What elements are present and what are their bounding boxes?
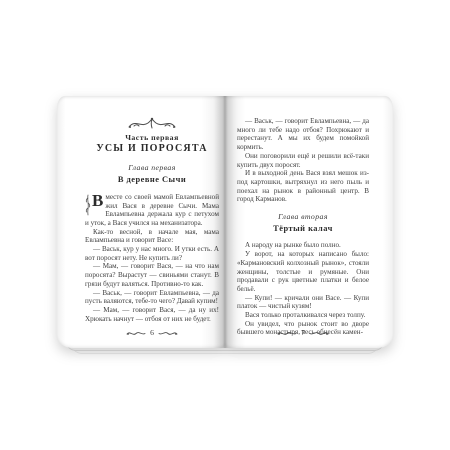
left-page-footer: 6	[57, 329, 225, 338]
right-page-footer: 7	[225, 329, 393, 338]
page-number: 6	[150, 329, 154, 338]
book-page-left: Часть первая УСЫ И ПОРОСЯТА Глава первая…	[57, 96, 225, 348]
dropcap-letter: В	[92, 193, 103, 208]
paragraph: У ворот, на которых написано было: «Карм…	[237, 250, 369, 294]
paragraph: — Васьк, — говорит Евлампьевна, — да пус…	[85, 289, 219, 306]
footer-flourish-left-icon	[277, 330, 297, 337]
paragraph: — Мам, — говорит Вася, — да ну их! Хрюка…	[85, 306, 219, 323]
dropcap-wrap: В	[85, 193, 103, 216]
chapter-two-title: Тёртый калач	[237, 225, 369, 234]
chapter-one-title: В деревне Сычи	[85, 176, 219, 185]
dropcap-ornament-icon	[85, 194, 91, 216]
part-label: Часть первая	[85, 134, 219, 143]
chapter-one-label: Глава первая	[85, 164, 219, 173]
book-page-right: — Васьк, — говорит Евлампьевна, — да мно…	[225, 96, 393, 348]
paragraph: — Васьк, кур у нас много. И утки есть. А…	[85, 245, 219, 262]
footer-flourish-right-icon	[158, 330, 178, 337]
page-number: 7	[301, 329, 305, 338]
paragraph: — Мам, — говорит Вася, — на что нам поро…	[85, 262, 219, 288]
paragraph-text: месте со своей мамой Евлампьевной жил Ва…	[85, 193, 219, 227]
part-title: УСЫ И ПОРОСЯТА	[85, 145, 219, 154]
paragraph: Они поговорили ещё и решили всё-таки куп…	[237, 152, 369, 169]
paragraph: Как-то весной, в начале мая, мама Евламп…	[85, 228, 219, 245]
paragraph: — Васьк, — говорит Евлампьевна, — да мно…	[237, 117, 369, 152]
paragraph: А народу на рынке было полно.	[237, 241, 369, 250]
paragraph: — Купи! — кричали они Васе. — Купи плато…	[237, 294, 369, 311]
paragraph: Вася только проталкивался через толпу.	[237, 311, 369, 320]
footer-flourish-right-icon	[309, 330, 329, 337]
open-book: Часть первая УСЫ И ПОРОСЯТА Глава первая…	[57, 96, 393, 348]
header-flourish-icon	[126, 116, 178, 131]
footer-flourish-left-icon	[126, 330, 146, 337]
chapter-two-label: Глава вторая	[237, 213, 369, 222]
paragraph: И в выходной день Вася взял мешок из-под…	[237, 169, 369, 204]
paragraph: В месте со своей мамой Евлампьевной жил …	[85, 193, 219, 228]
